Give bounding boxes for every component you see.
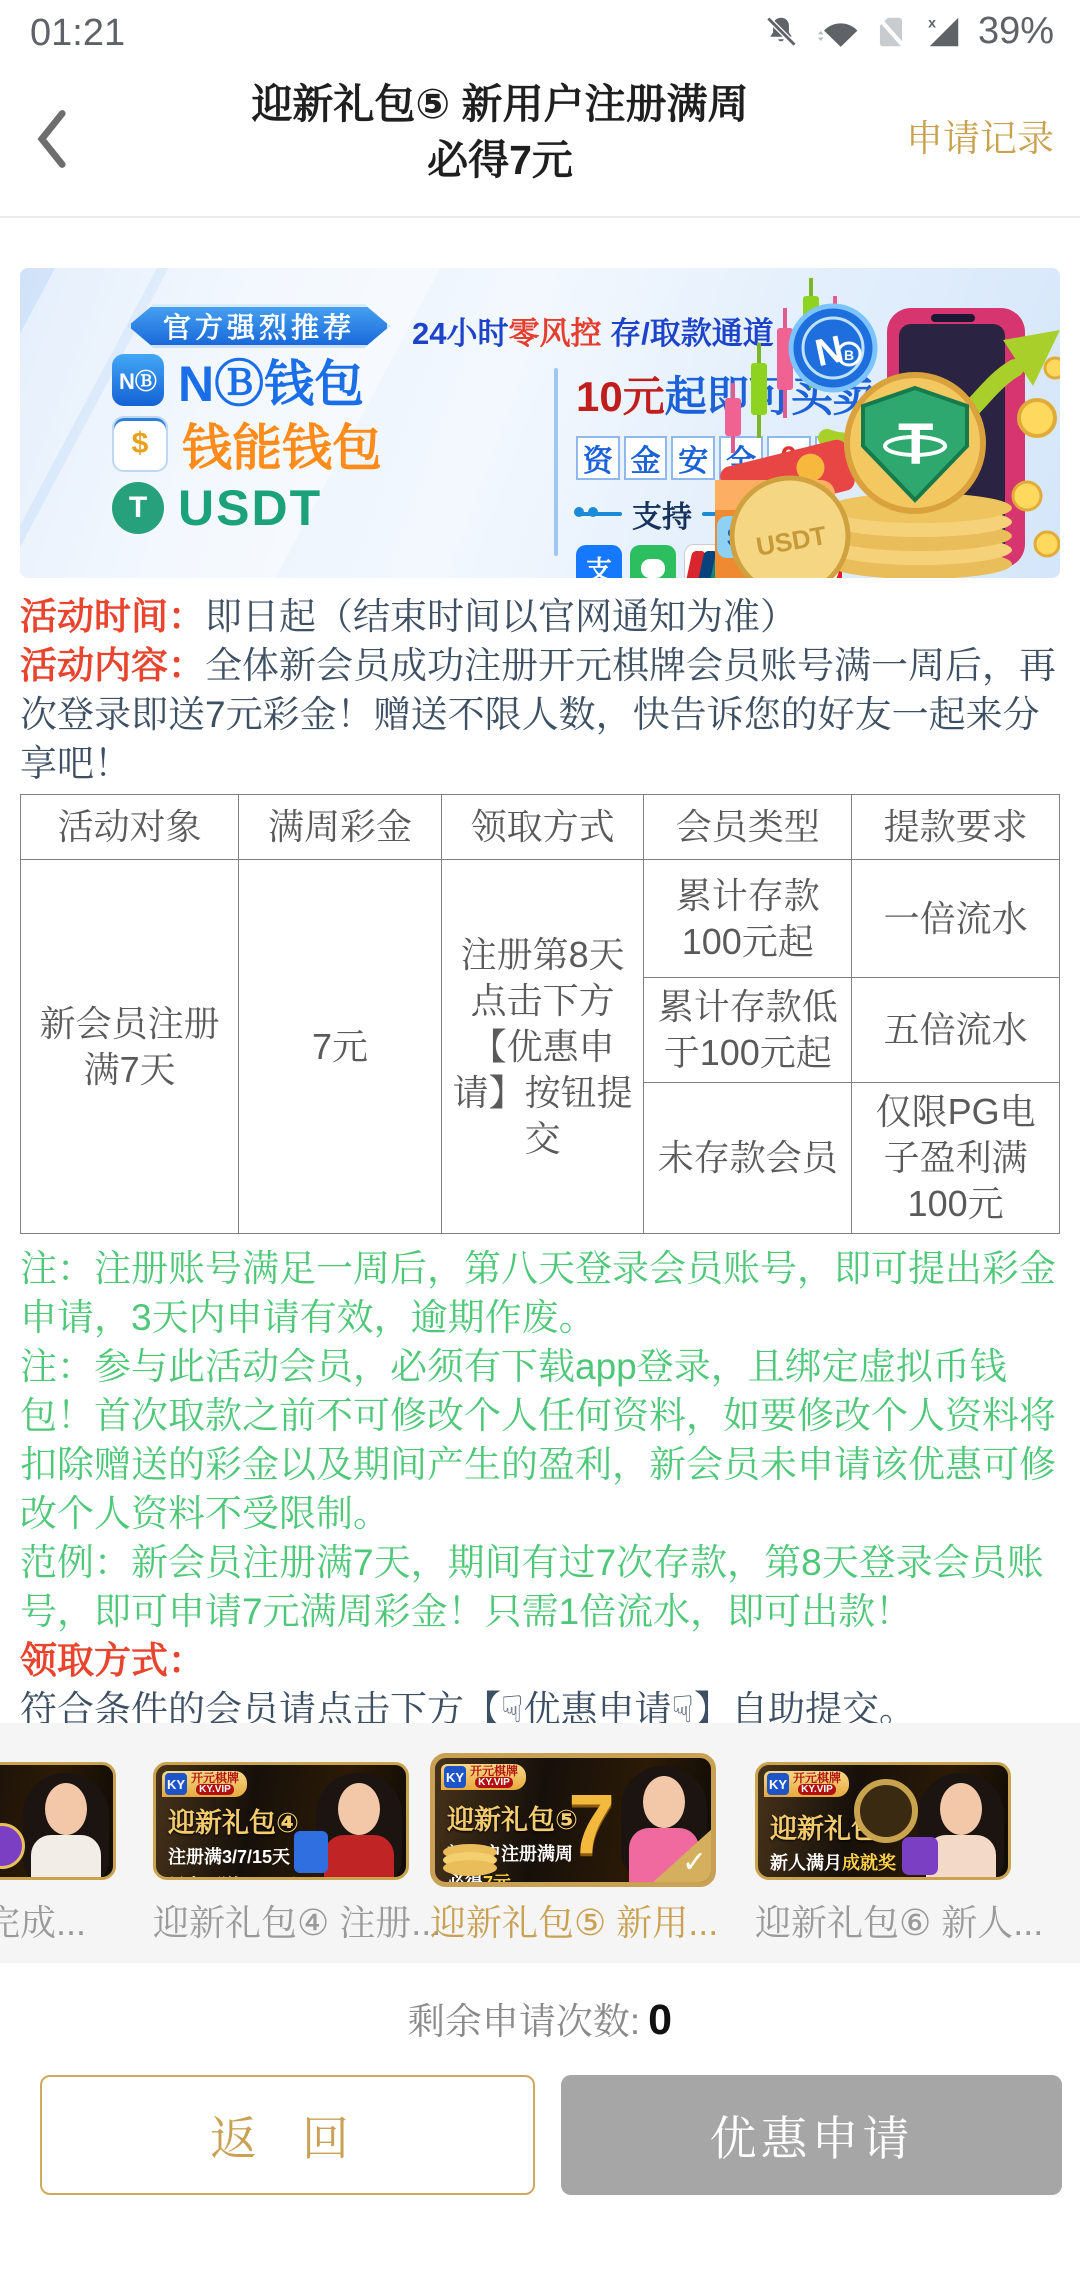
col-header: 提款要求 bbox=[852, 795, 1060, 860]
promo-card-4[interactable]: KY 开元棋牌 KY.VIP 迎新礼包④ 注册满3/7/15天 最高再送3888… bbox=[153, 1762, 409, 1880]
nb-wallet-label: NⒷ钱包 bbox=[178, 344, 364, 416]
alipay-icon: 支 bbox=[576, 545, 622, 578]
bottom-sheet: KY 开元棋牌 KY.VIP 迎新礼包④ 注册满3/7/15天 最高再送3888… bbox=[0, 1723, 1080, 2280]
nb-wallet-icon: NⒷ bbox=[112, 354, 164, 406]
note-1: 注：注册账号满足一周后，第八天登录会员账号，即可提出彩金申请，3天内申请有效，逾… bbox=[20, 1244, 1060, 1342]
method-cell: 注册第8天点击下方【优惠申请】按钮提交 bbox=[441, 860, 644, 1234]
promo-detail-screen: 01:21 bbox=[0, 0, 1080, 2280]
qianneng-wallet-icon: $ bbox=[112, 416, 168, 472]
svg-text:T: T bbox=[898, 412, 933, 477]
col-header: 会员类型 bbox=[644, 795, 852, 860]
activity-time-line: 活动时间：即日起（结束时间以官网通知为准） bbox=[20, 592, 1060, 641]
chevron-left-icon bbox=[35, 110, 69, 168]
promo-card-3[interactable] bbox=[0, 1762, 116, 1880]
table-header-row: 活动对象 满周彩金 领取方式 会员类型 提款要求 bbox=[21, 795, 1060, 860]
wallet-row-qianneng: $ 钱能钱包 bbox=[112, 416, 382, 472]
promo-carousel: KY 开元棋牌 KY.VIP 迎新礼包④ 注册满3/7/15天 最高再送3888… bbox=[0, 1723, 1080, 1963]
col-header: 领取方式 bbox=[441, 795, 644, 860]
notifications-off-icon bbox=[762, 13, 800, 51]
coin-stack-art bbox=[443, 1860, 497, 1876]
back-button[interactable] bbox=[22, 104, 82, 174]
battery-percent: 39% bbox=[978, 10, 1054, 53]
qianneng-wallet-label: 钱能钱包 bbox=[182, 408, 382, 480]
tier-type-cell: 累计存款低于100元起 bbox=[644, 978, 852, 1083]
remaining-label: 剩余申请次数: bbox=[408, 2001, 640, 2042]
card-model-figure bbox=[9, 1773, 116, 1880]
svg-text:x: x bbox=[928, 15, 936, 31]
note-2: 注：参与此活动会员，必须有下载app登录，且绑定虚拟币钱包！首次取款之前不可修改… bbox=[20, 1342, 1060, 1538]
usdt-label: USDT bbox=[178, 479, 322, 537]
apply-promo-button[interactable]: 优惠申请 bbox=[561, 2075, 1062, 2195]
official-recommend-ribbon: 官方强烈推荐 bbox=[128, 304, 390, 348]
card-caption[interactable]: 迎新礼包④ 注册... bbox=[153, 1895, 403, 1946]
no-sim-icon bbox=[872, 13, 910, 51]
wallet-row-nb: NⒷ NⒷ钱包 bbox=[112, 352, 364, 408]
card-caption-selected[interactable]: 迎新礼包⑤ 新用... bbox=[430, 1895, 716, 1946]
tether-icon: T bbox=[112, 482, 164, 534]
tier-type-cell: 累计存款100元起 bbox=[644, 860, 852, 978]
nb-coin-art: N B bbox=[791, 306, 875, 390]
footer-buttons: 返 回 优惠申请 bbox=[40, 2075, 1062, 2195]
tier-type-cell: 未存款会员 bbox=[644, 1083, 852, 1234]
page-title: 迎新礼包⑤ 新用户注册满周 必得7元 bbox=[140, 76, 860, 188]
bonus-cell: 7元 bbox=[239, 860, 442, 1234]
support-decoration-left bbox=[576, 512, 622, 516]
ky-badge: KY 开元棋牌 KY.VIP bbox=[441, 1764, 526, 1790]
banner-art: N B bbox=[715, 268, 1060, 578]
target-cell: 新会员注册满7天 bbox=[21, 860, 239, 1234]
example-note: 范例：新会员注册满7天，期间有过7次存款，第8天登录会员账号，即可申请7元满周彩… bbox=[20, 1538, 1060, 1636]
card-caption[interactable]: 完成... bbox=[0, 1895, 86, 1946]
card-line: 注册满3/7/15天 bbox=[168, 1843, 299, 1869]
remaining-value: 0 bbox=[648, 1996, 672, 2044]
signal-x-icon: x bbox=[924, 13, 964, 51]
tier-req-cell: 五倍流水 bbox=[852, 978, 1060, 1083]
ky-badge: KY 开元棋牌 KY.VIP bbox=[764, 1771, 849, 1797]
col-header: 活动对象 bbox=[21, 795, 239, 860]
svg-text:B: B bbox=[844, 347, 854, 363]
status-bar: 01:21 bbox=[0, 0, 1080, 62]
check-icon: ✓ bbox=[682, 1845, 707, 1880]
application-records-link[interactable]: 申请记录 bbox=[906, 108, 1054, 162]
tether-coin-art: T bbox=[847, 375, 983, 511]
card-caption[interactable]: 迎新礼包⑥ 新人... bbox=[755, 1895, 1005, 1946]
promo-table: 活动对象 满周彩金 领取方式 会员类型 提款要求 新会员注册满7天 7元 注册第… bbox=[20, 794, 1060, 1234]
card-line: 新人满月成就奖 bbox=[770, 1849, 901, 1875]
claim-method-label: 领取方式： bbox=[20, 1636, 1060, 1685]
promo-body: 活动时间：即日起（结束时间以官网通知为准） 活动内容：全体新会员成功注册开元棋牌… bbox=[20, 592, 1060, 1881]
card-title: 迎新礼包⑤ bbox=[447, 1798, 578, 1837]
app-bar: 迎新礼包⑤ 新用户注册满周 必得7元 申请记录 bbox=[0, 62, 1080, 218]
return-button[interactable]: 返 回 bbox=[40, 2075, 535, 2195]
promo-banner: 官方强烈推荐 24小时零风控 存/取款通道 NⒷ NⒷ钱包 $ 钱能钱包 T U… bbox=[20, 268, 1060, 578]
table-row: 新会员注册满7天 7元 注册第8天点击下方【优惠申请】按钮提交 累计存款100元… bbox=[21, 860, 1060, 978]
banner-divider bbox=[554, 368, 558, 556]
tier-req-cell: 一倍流水 bbox=[852, 860, 1060, 978]
wifi-icon bbox=[814, 13, 858, 51]
wechat-pay-icon bbox=[630, 545, 676, 578]
remaining-count-line: 剩余申请次数:0 bbox=[0, 1991, 1080, 2045]
wallet-row-usdt: T USDT bbox=[112, 480, 322, 536]
ky-badge: KY 开元棋牌 KY.VIP bbox=[162, 1771, 247, 1797]
page-title-line2: 必得7元 bbox=[140, 132, 860, 188]
tier-req-cell: 仅限PG电子盈利满100元 bbox=[852, 1083, 1060, 1234]
vip-calendar-art bbox=[294, 1831, 328, 1873]
activity-content-line: 活动内容：全体新会员成功注册开元棋牌会员账号满一周后，再次登录即送7元彩金！赠送… bbox=[20, 641, 1060, 788]
promo-card-6[interactable]: KY 开元棋牌 KY.VIP 迎新礼包⑥ 新人满月成就奖 bbox=[755, 1762, 1011, 1880]
card-title: 迎新礼包④ bbox=[168, 1801, 299, 1840]
promo-card-5-selected[interactable]: KY 开元棋牌 KY.VIP 迎新礼包⑤ 新用户注册满周 必得7元 7 bbox=[430, 1753, 716, 1887]
col-header: 满周彩金 bbox=[239, 795, 442, 860]
clock: 01:21 bbox=[30, 12, 125, 55]
page-title-line1: 迎新礼包⑤ 新用户注册满周 bbox=[140, 76, 860, 132]
card-line: 最高再送3888元 bbox=[168, 1872, 299, 1880]
gift-calendar-art bbox=[902, 1837, 938, 1875]
usdt-coin-art: USDT bbox=[732, 478, 848, 578]
